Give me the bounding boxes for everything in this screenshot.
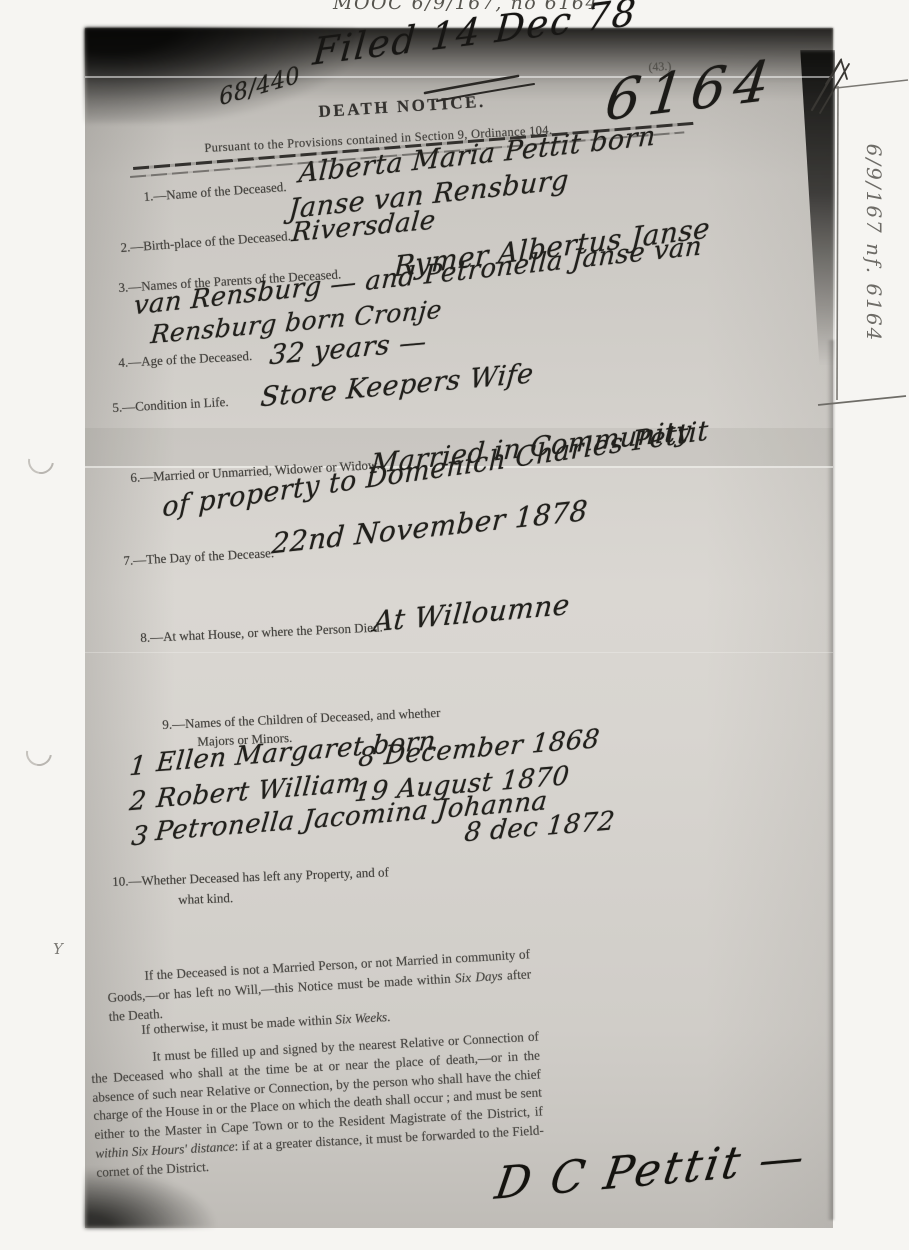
scanned-death-notice: MOOC 6/9/167, no 6164 Y 6/9/167 nf. 6164… xyxy=(0,0,909,1250)
pen-strokes xyxy=(0,0,909,1250)
